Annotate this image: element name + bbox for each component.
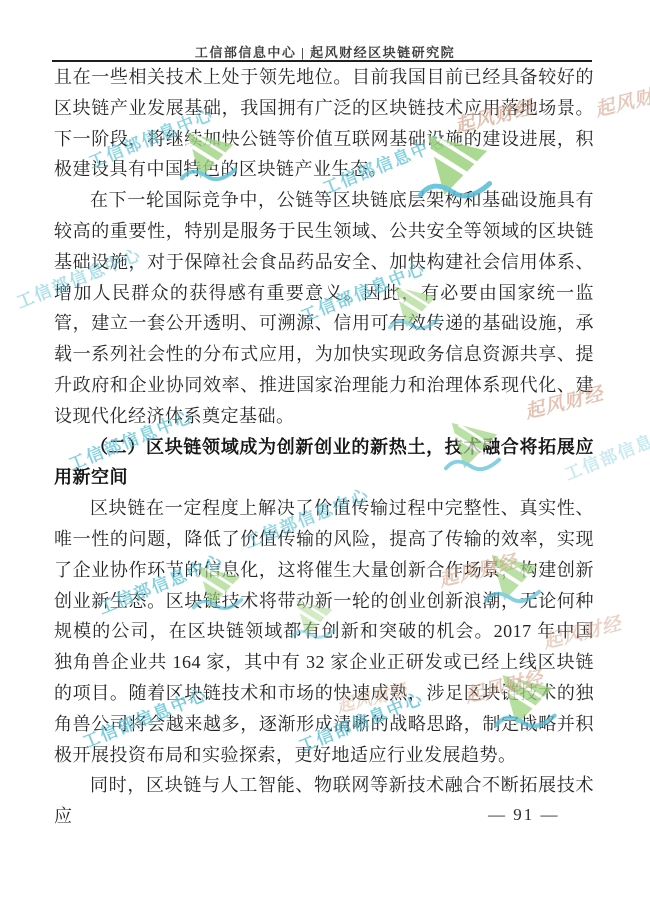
paragraph: 且在一些相关技术上处于领先地位。目前我国目前已经具备较好的区块链产业发展基础，我…	[54, 62, 594, 185]
paragraph: 区块链在一定程度上解决了价值传输过程中完整性、真实性、唯一性的问题，降低了价值传…	[54, 493, 594, 770]
paragraph: 在下一轮国际竞争中，公链等区块链底层架构和基础设施具有较高的重要性，特别是服务于…	[54, 185, 594, 431]
watermark-qifeng-text: 起风财经	[592, 77, 650, 123]
document-body: 且在一些相关技术上处于领先地位。目前我国目前已经具备较好的区块链产业发展基础，我…	[54, 62, 594, 832]
document-page: 工信部信息中心 | 起风财经区块链研究院 且在一些相关技术上处于领先地位。目前我…	[0, 0, 650, 919]
page-number: — 91 —	[488, 805, 560, 825]
header-title: 工信部信息中心 | 起风财经区块链研究院	[0, 42, 650, 61]
section-heading: （二）区块链领域成为创新创业的新热土，技术融合将拓展应用新空间	[54, 432, 594, 494]
